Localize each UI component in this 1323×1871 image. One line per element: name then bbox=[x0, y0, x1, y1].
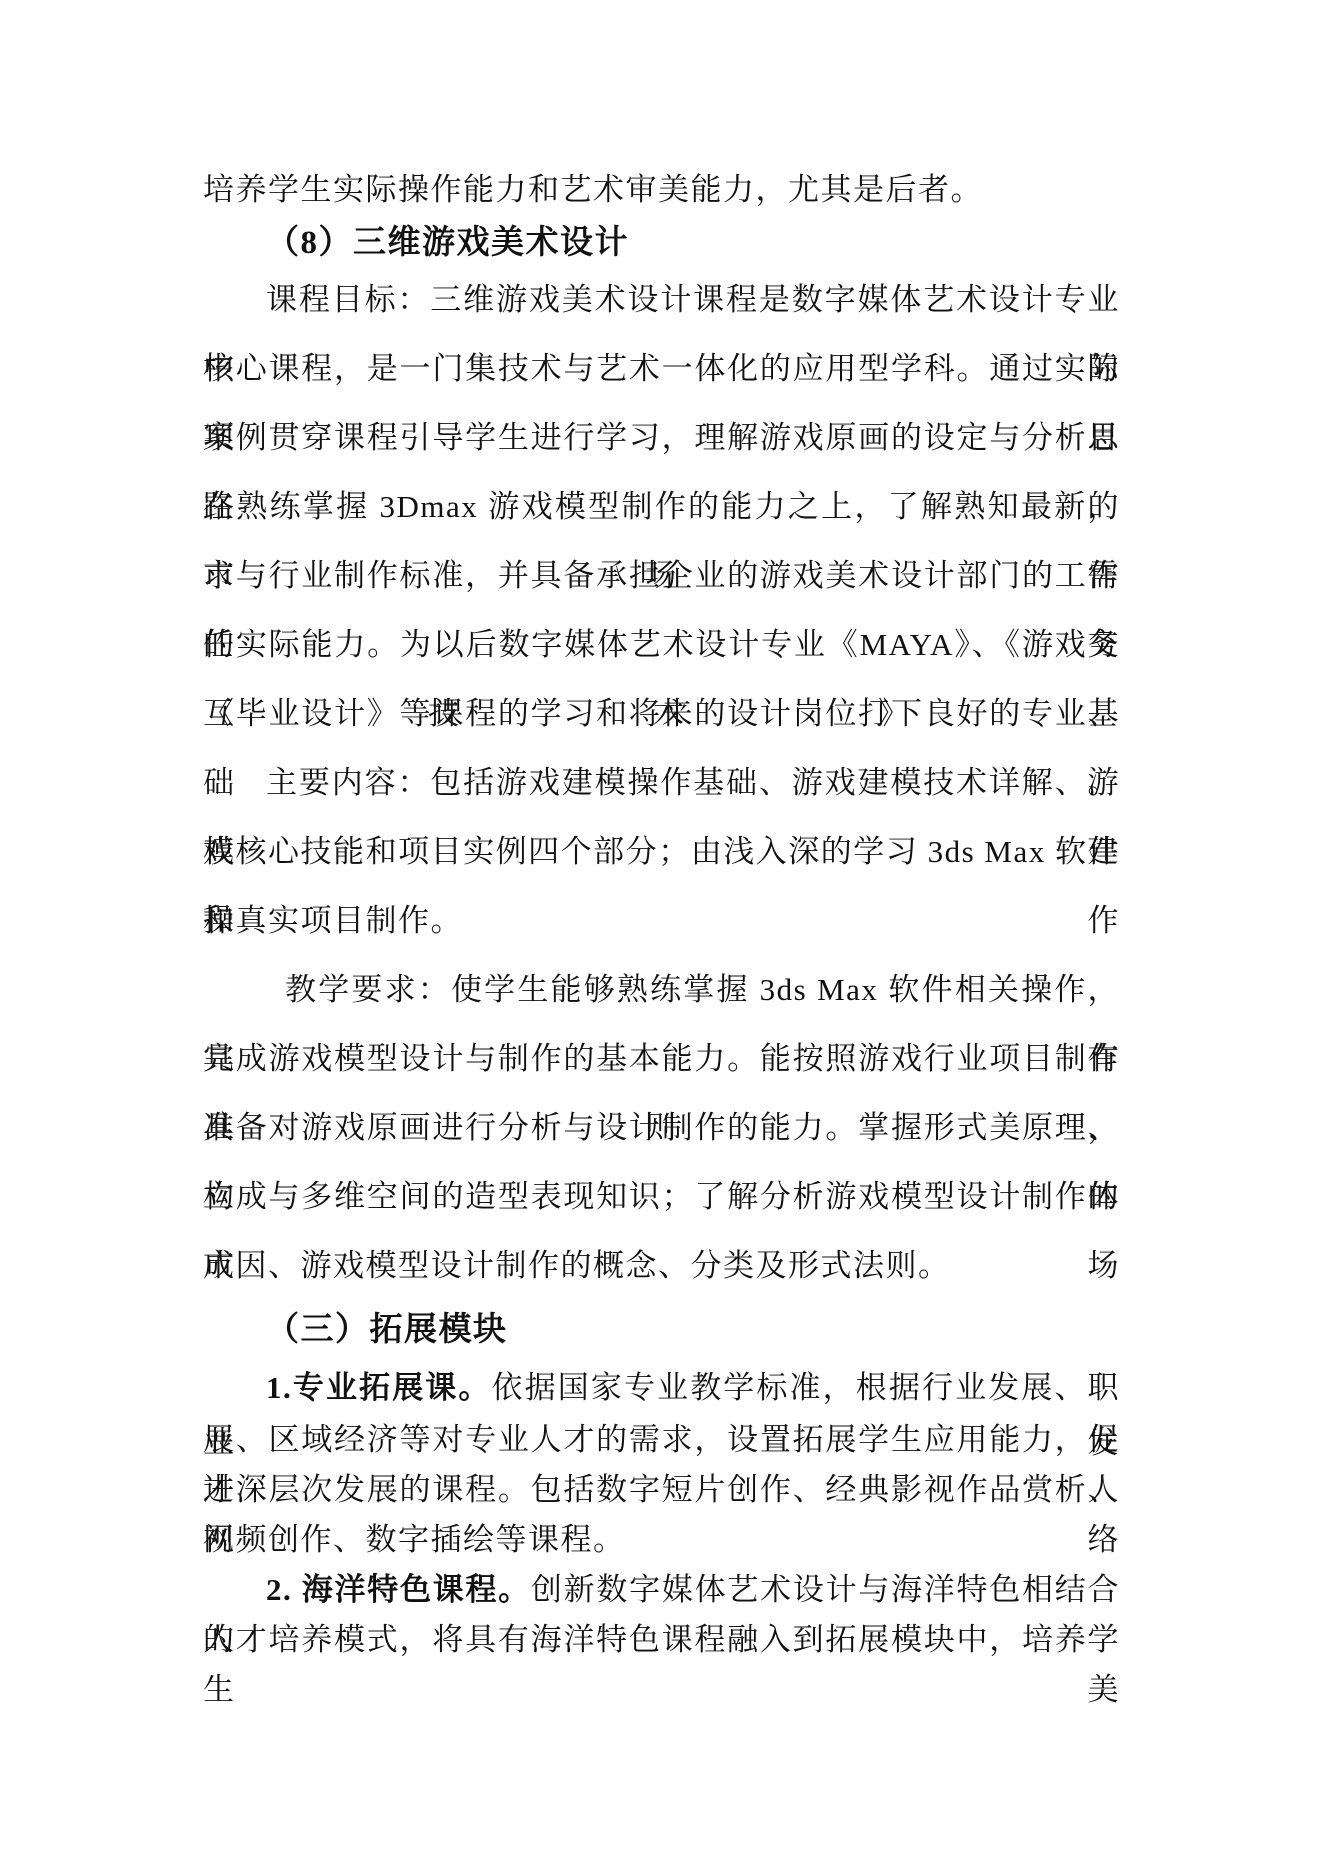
bold-run: 1.专业拓展课。 bbox=[266, 1370, 492, 1405]
text-line: 模核心技能和项目实例四个部分；由浅入深的学习 3ds Max 软件操作 bbox=[203, 817, 1120, 886]
text-line: 展、区域经济等对专业人才的需求，设置拓展学生应用能力，促进人 bbox=[203, 1415, 1120, 1465]
text-line: 教学要求：使学生能够熟练掌握 3ds Max 软件相关操作，具有 bbox=[203, 955, 1120, 1024]
text-line: 的实际能力。为以后数字媒体艺术设计专业《MAYA》、《游戏交互技术》、 bbox=[203, 610, 1120, 679]
text-line: 求与行业制作标准，并具备承担企业的游戏美术设计部门的工作任务 bbox=[203, 541, 1120, 610]
section-heading: （三）拓展模块 bbox=[203, 1300, 1120, 1360]
bold-run: 2. 海洋特色课程。 bbox=[266, 1572, 531, 1607]
document-page: 培养学生实际操作能力和艺术审美能力，尤其是后者。（8）三维游戏美术设计课程目标：… bbox=[0, 0, 1323, 1871]
text-line: 核心课程，是一门集技术与艺术一体化的应用型学科。通过实际项目 bbox=[203, 334, 1120, 403]
text-line: 2. 海洋特色课程。创新数字媒体艺术设计与海洋特色相结合的 bbox=[203, 1565, 1120, 1615]
text-line: 才深层次发展的课程。包括数字短片创作、经典影视作品赏析、网络 bbox=[203, 1465, 1120, 1515]
text-line: 1.专业拓展课。依据国家专业教学标准，根据行业发展、职业发 bbox=[203, 1360, 1120, 1415]
text-line: 培养学生实际操作能力和艺术审美能力，尤其是后者。 bbox=[203, 159, 1120, 221]
text-line: 完成游戏模型设计与制作的基本能力。能按照游戏行业项目制作准则， bbox=[203, 1024, 1120, 1093]
text-line: 人才培养模式，将具有海洋特色课程融入到拓展模块中，培养学生美 bbox=[203, 1615, 1120, 1665]
text-line: 具备对游戏原画进行分析与设计制作的能力。掌握形式美原理、立体 bbox=[203, 1093, 1120, 1162]
text-line: 案例贯穿课程引导学生进行学习，理解游戏原画的设定与分析思路， bbox=[203, 403, 1120, 472]
section-heading: （8）三维游戏美术设计 bbox=[203, 221, 1120, 265]
text-line: 构成与多维空间的造型表现知识；了解分析游戏模型设计制作的市场 bbox=[203, 1162, 1120, 1231]
text-line: 主要内容：包括游戏建模操作基础、游戏建模技术详解、游戏建 bbox=[203, 748, 1120, 817]
text-line: 课程目标：三维游戏美术设计课程是数字媒体艺术设计专业中的 bbox=[203, 265, 1120, 334]
text-line: 在熟练掌握 3Dmax 游戏模型制作的能力之上，了解熟知最新的市场需 bbox=[203, 472, 1120, 541]
text-line: 《毕业设计》等课程的学习和将来的设计岗位打下良好的专业基础。 bbox=[203, 679, 1120, 748]
